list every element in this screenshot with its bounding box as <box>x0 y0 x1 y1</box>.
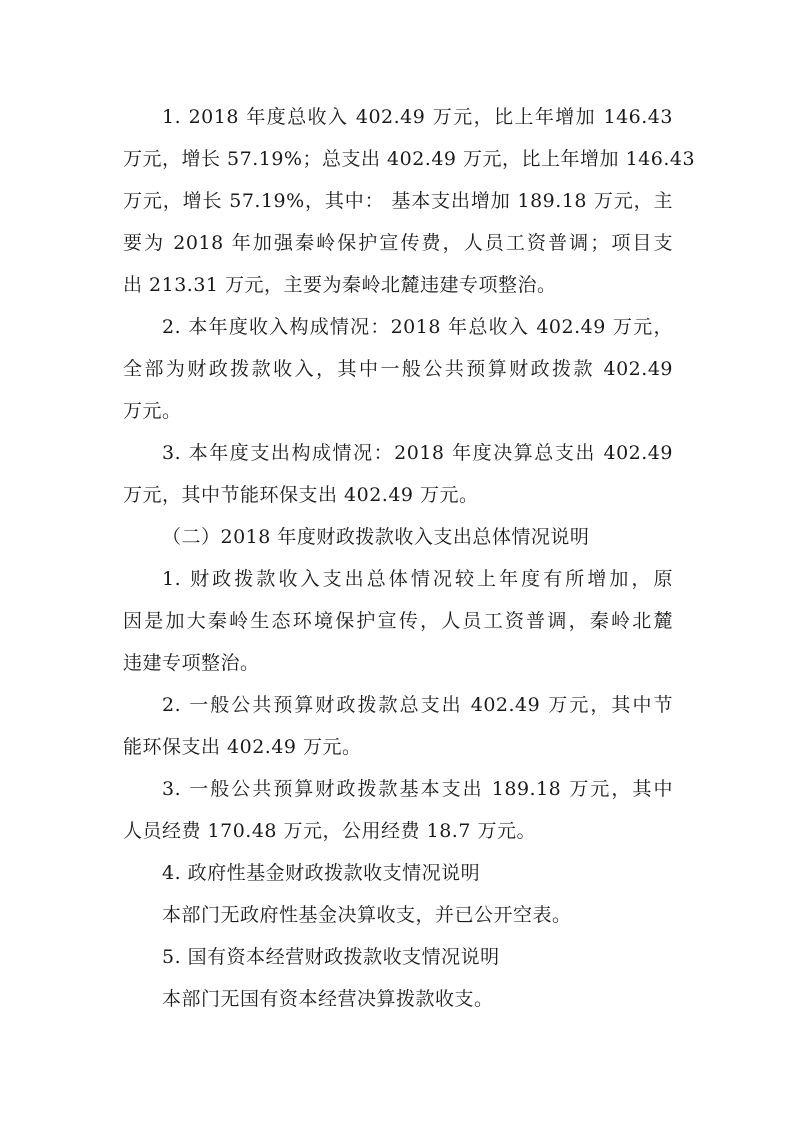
paragraph-8: 本部门无国有资本经营决算拨款收支。 <box>162 984 673 1014</box>
subheading-5: 5. 国有资本经营财政拨款收支情况说明 <box>162 942 673 972</box>
paragraph-7: 本部门无政府性基金决算收支，并已公开空表。 <box>162 900 673 930</box>
paragraph-4-line-2: 因是加大秦岭生态环境保护宣传，人员工资普调，秦岭北麓 <box>123 606 673 636</box>
paragraph-4-line-1: 1. 财政拨款收入支出总体情况较上年度有所增加，原 <box>162 564 673 594</box>
paragraph-2-line-3: 万元。 <box>123 396 673 426</box>
paragraph-1-line-4: 要为 2018 年加强秦岭保护宣传费，人员工资普调；项目支 <box>123 228 673 258</box>
paragraph-2-line-1: 2. 本年度收入构成情况：2018 年总收入 402.49 万元， <box>162 312 673 342</box>
paragraph-5-line-2: 能环保支出 402.49 万元。 <box>123 732 673 762</box>
subheading-4: 4. 政府性基金财政拨款收支情况说明 <box>162 858 673 888</box>
paragraph-6-line-1: 3. 一般公共预算财政拨款基本支出 189.18 万元，其中 <box>162 774 673 804</box>
paragraph-6-line-2: 人员经费 170.48 万元，公用经费 18.7 万元。 <box>123 816 673 846</box>
paragraph-3-line-2: 万元，其中节能环保支出 402.49 万元。 <box>123 480 673 510</box>
section-heading-2: （二）2018 年度财政拨款收入支出总体情况说明 <box>162 522 673 552</box>
paragraph-1-line-1: 1. 2018 年度总收入 402.49 万元，比上年增加 146.43 <box>162 102 673 132</box>
paragraph-2-line-2: 全部为财政拨款收入，其中一般公共预算财政拨款 402.49 <box>123 354 673 384</box>
paragraph-1-line-5: 出 213.31 万元，主要为秦岭北麓违建专项整治。 <box>123 270 673 300</box>
paragraph-1-line-3: 万元，增长 57.19%，其中： 基本支出增加 189.18 万元，主 <box>123 186 673 216</box>
paragraph-1-line-2: 万元，增长 57.19%；总支出 402.49 万元，比上年增加 146.43 <box>123 144 673 174</box>
paragraph-5-line-1: 2. 一般公共预算财政拨款总支出 402.49 万元，其中节 <box>162 690 673 720</box>
paragraph-3-line-1: 3. 本年度支出构成情况：2018 年度决算总支出 402.49 <box>162 438 673 468</box>
document-page: 1. 2018 年度总收入 402.49 万元，比上年增加 146.43 万元，… <box>0 0 793 1122</box>
paragraph-4-line-3: 违建专项整治。 <box>123 648 673 678</box>
